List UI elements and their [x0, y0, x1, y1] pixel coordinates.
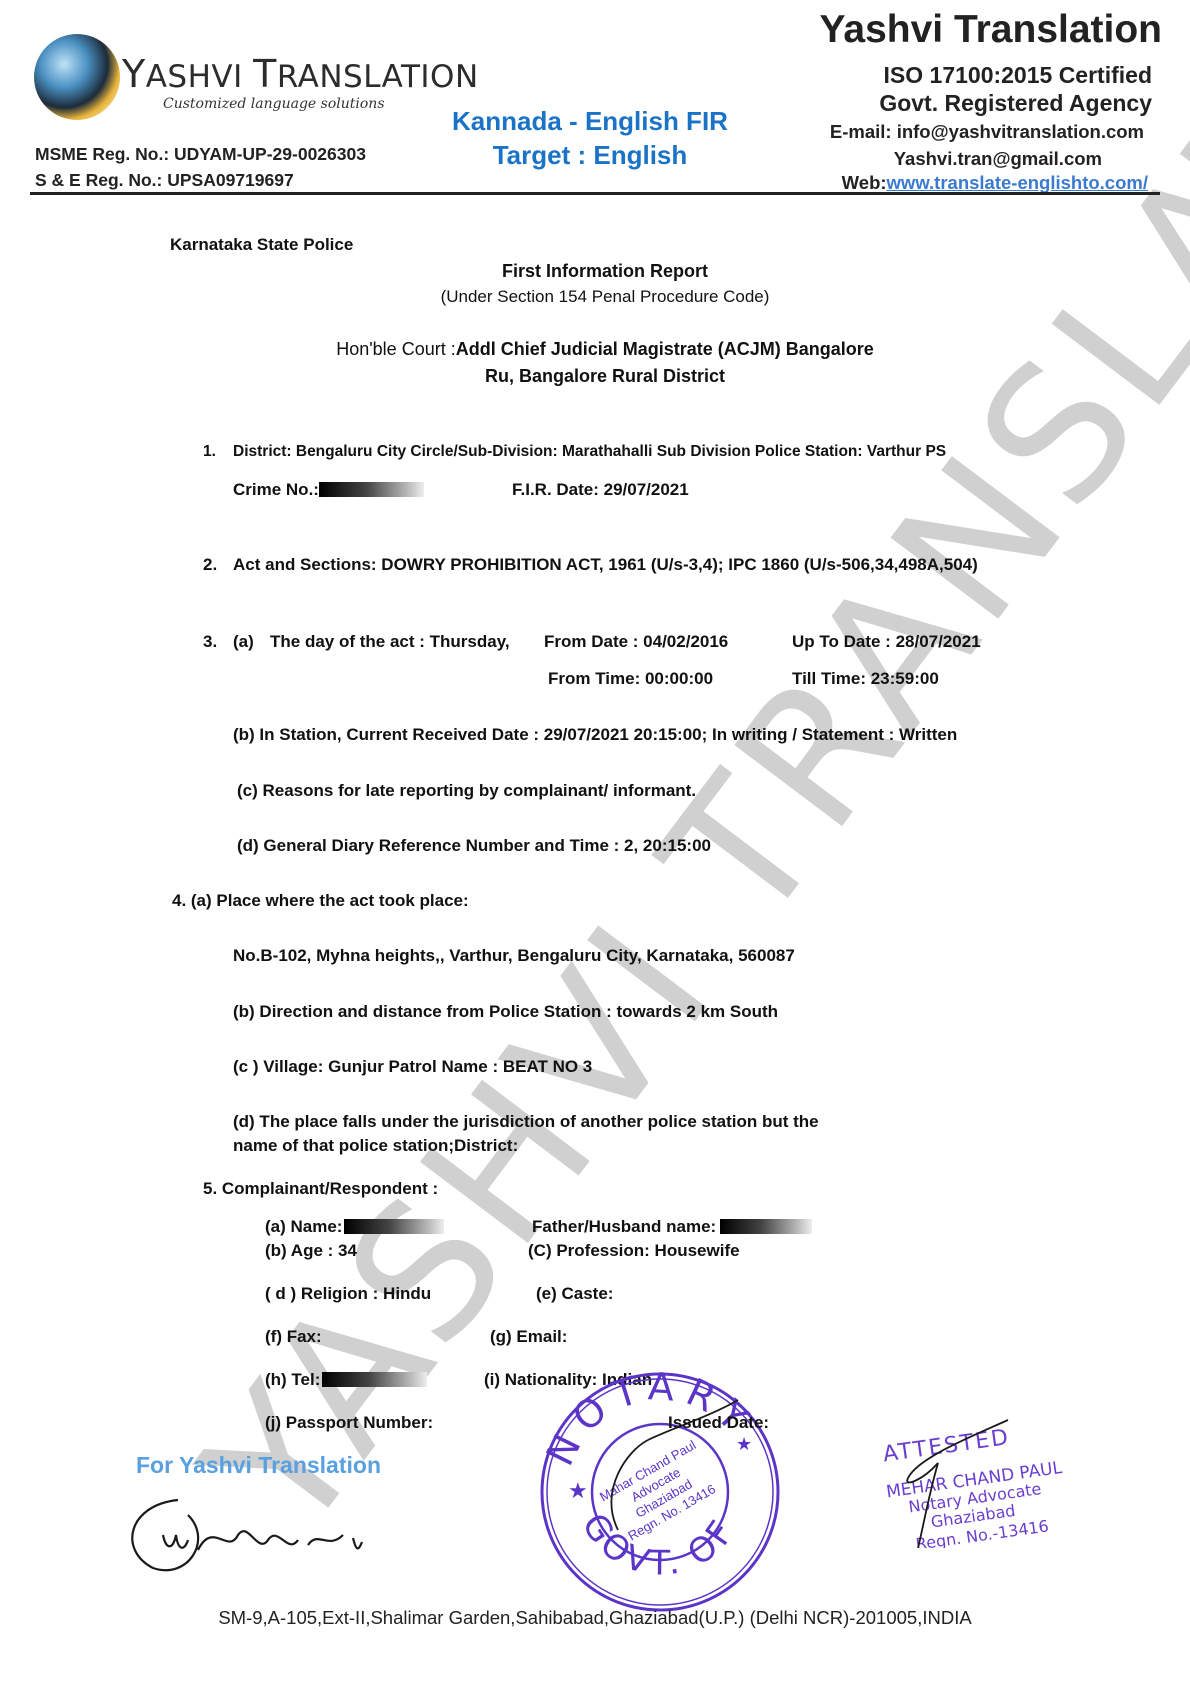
crime-no: Crime No.:	[233, 480, 424, 500]
up-to-date: Up To Date : 28/07/2021	[792, 632, 981, 652]
s3-a-label: (a)	[233, 632, 254, 652]
brand-name: Yashvi Translation	[820, 8, 1162, 52]
place-of-act-heading: 4. (a) Place where the act took place:	[172, 891, 469, 911]
act-and-sections: Act and Sections: DOWRY PROHIBITION ACT,…	[233, 555, 978, 575]
from-date: From Date : 04/02/2016	[544, 632, 728, 652]
redacted-tel	[322, 1372, 427, 1387]
received-date: (b) In Station, Current Received Date : …	[233, 725, 957, 745]
page-title: First Information Report	[0, 261, 1190, 282]
day-of-act: The day of the act : Thursday,	[270, 632, 510, 652]
from-time: From Time: 00:00:00	[548, 669, 713, 689]
issued-date: Issued Date:	[668, 1413, 769, 1433]
iso-cert: ISO 17100:2015 Certified	[884, 62, 1152, 89]
govt-registered: Govt. Registered Agency	[879, 90, 1152, 117]
jurisdiction-line-2: name of that police station;District:	[233, 1136, 518, 1156]
place-address: No.B-102, Myhna heights,, Varthur, Benga…	[233, 946, 795, 966]
svg-text:ATTESTED: ATTESTED	[881, 1425, 1011, 1468]
website-link[interactable]: www.translate-englishto.com/	[887, 172, 1148, 193]
web-label: Web:	[842, 172, 887, 193]
email-secondary: Yashvi.tran@gmail.com	[894, 148, 1102, 170]
header-divider	[30, 192, 1160, 195]
footer-address: SM-9,A-105,Ext-II,Shalimar Garden,Sahiba…	[0, 1607, 1190, 1629]
logo-tagline: Customized language solutions	[163, 96, 385, 112]
email: (g) Email:	[490, 1327, 567, 1347]
crime-no-label: Crime No.:	[233, 480, 319, 499]
complainant-name: (a) Name:	[265, 1217, 444, 1237]
notary-seal-icon: NOTARY GOVT. OF INDIA ★ ★ Mahar Chand Pa…	[538, 1370, 783, 1615]
name-label: (a) Name:	[265, 1217, 342, 1236]
telephone: (h) Tel:	[265, 1370, 427, 1390]
father-husband-name: Father/Husband name:	[532, 1217, 812, 1237]
website: Web:www.translate-englishto.com/	[842, 172, 1148, 194]
tel-label: (h) Tel:	[265, 1370, 320, 1389]
general-diary-ref: (d) General Diary Reference Number and T…	[237, 836, 711, 856]
age: (b) Age : 34	[265, 1241, 357, 1261]
court-line: Hon'ble Court :Addl Chief Judicial Magis…	[0, 339, 1190, 360]
fir-date: F.I.R. Date: 29/07/2021	[512, 480, 689, 500]
agency: Karnataka State Police	[170, 235, 353, 255]
till-time: Till Time: 23:59:00	[792, 669, 939, 689]
village-patrol: (c ) Village: Gunjur Patrol Name : BEAT …	[233, 1057, 592, 1077]
for-yashvi-stamp: For Yashvi Translation	[136, 1452, 381, 1479]
court-label: Hon'ble Court :	[336, 339, 456, 359]
fax: (f) Fax:	[265, 1327, 322, 1347]
svg-text:★: ★	[568, 1478, 588, 1503]
attested-stamp-icon: ATTESTED MEHAR CHAND PAUL Notary Advocat…	[878, 1418, 1088, 1548]
signature-icon	[118, 1480, 398, 1580]
page-subtitle: (Under Section 154 Penal Procedure Code)	[0, 287, 1190, 307]
passport-number: (j) Passport Number:	[265, 1413, 433, 1433]
globe-logo-icon	[34, 34, 120, 120]
late-reporting-reason: (c) Reasons for late reporting by compla…	[237, 781, 696, 801]
direction-distance: (b) Direction and distance from Police S…	[233, 1002, 778, 1022]
email-primary: E-mail: info@yashvitranslation.com	[830, 121, 1144, 143]
s3-num: 3.	[203, 632, 217, 652]
redacted-name	[344, 1219, 444, 1234]
court-value-2: Ru, Bangalore Rural District	[0, 366, 1190, 387]
doc-type-target: Target : English	[430, 140, 750, 171]
profession: (C) Profession: Housewife	[528, 1241, 740, 1261]
logo-letter: Y	[122, 52, 146, 96]
religion: ( d ) Religion : Hindu	[265, 1284, 431, 1304]
complainant-heading: 5. Complainant/Respondent :	[203, 1179, 438, 1199]
s1-district-line: District: Bengaluru City Circle/Sub-Divi…	[233, 443, 946, 461]
doc-type-title: Kannada - English FIR	[430, 106, 750, 137]
logo-word: ASHVI	[146, 59, 253, 95]
s1-num: 1.	[203, 443, 216, 461]
caste: (e) Caste:	[536, 1284, 613, 1304]
msme-reg: MSME Reg. No.: UDYAM-UP-29-0026303	[35, 144, 366, 165]
logo-letter: T	[253, 52, 277, 96]
redacted-crime-no	[319, 482, 424, 497]
svg-text:★: ★	[736, 1434, 752, 1454]
jurisdiction-line-1: (d) The place falls under the jurisdicti…	[233, 1112, 819, 1132]
logo-title: YASHVI TRANSLATION	[122, 52, 479, 96]
logo-word: RANSLATION	[277, 59, 479, 95]
redacted-father-name	[720, 1219, 812, 1234]
court-value: Addl Chief Judicial Magistrate (ACJM) Ba…	[456, 339, 874, 359]
se-reg: S & E Reg. No.: UPSA09719697	[35, 170, 294, 191]
s2-num: 2.	[203, 555, 217, 575]
father-label: Father/Husband name:	[532, 1217, 716, 1236]
